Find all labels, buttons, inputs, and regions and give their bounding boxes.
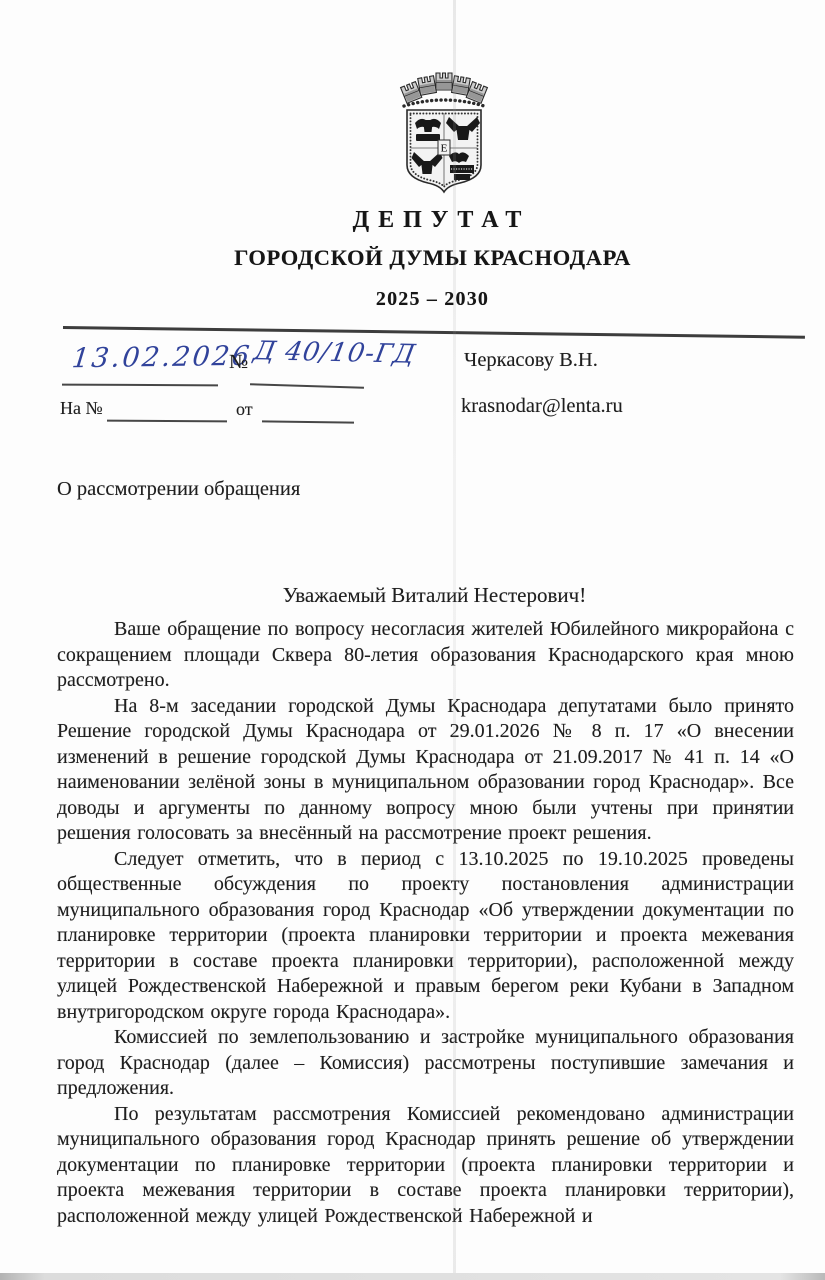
crown-bead-band	[404, 100, 484, 106]
body-paragraph: Комиссией по землепользованию и застройк…	[57, 1025, 794, 1102]
letterhead-term: 2025 – 2030	[20, 288, 825, 311]
mural-crown	[401, 73, 488, 103]
reply-to-number-label: На №	[60, 398, 103, 419]
body-paragraph: На 8-м заседании городской Думы Краснода…	[57, 694, 794, 847]
body-paragraph: Ваше обращение по вопросу несогласия жит…	[57, 617, 794, 694]
salutation: Уважаемый Виталий Нестерович!	[22, 583, 825, 608]
monogram: Е	[441, 143, 448, 155]
reply-from-label: от	[236, 399, 253, 420]
coat-of-arms-krasnodar: Е	[396, 68, 492, 200]
outgoing-number-handwritten: Д 40/10-ГД	[251, 336, 418, 370]
number-sign-label: №	[229, 351, 248, 374]
letterhead-subtitle: ГОРОДСКОЙ ДУМЫ КРАСНОДАРА	[20, 245, 825, 271]
subject-line: О рассмотрении обращения	[57, 478, 300, 501]
scan-fold-line	[453, 0, 456, 1280]
addressee-email: krasnodar@lenta.ru	[461, 395, 623, 418]
reply-date-blank-line	[262, 420, 354, 423]
scanned-letter-page: Е ДЕПУТАТ ГОРОДСКОЙ ДУМЫ КРАСНОДАРА 2025…	[0, 0, 825, 1280]
letter-body: Ваше обращение по вопросу несогласия жит…	[57, 617, 794, 1229]
scan-bottom-edge	[0, 1273, 825, 1280]
reply-number-blank-line	[107, 420, 227, 422]
number-blank-line	[250, 383, 364, 388]
outgoing-date-handwritten: 13.02.2026	[70, 341, 253, 375]
coat-of-arms-svg: Е	[396, 68, 492, 200]
date-blank-line	[62, 384, 218, 387]
letterhead-divider-rule	[63, 326, 805, 338]
body-paragraph: По результатам рассмотрения Комиссией ре…	[57, 1102, 794, 1230]
letterhead-title: ДЕПУТАТ	[20, 207, 825, 234]
addressee-name: Черкасову В.Н.	[464, 349, 598, 372]
body-paragraph: Следует отметить, что в период с 13.10.2…	[57, 847, 794, 1026]
